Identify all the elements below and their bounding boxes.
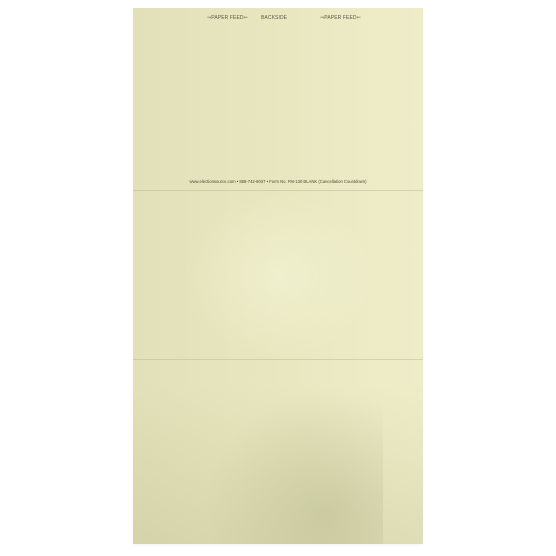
- form-footer-text: www.electionsource.com • 888-742-8037 • …: [133, 179, 423, 184]
- paper-feed-label-left: ⇒PAPER FEED⇐: [207, 15, 248, 21]
- paper-form-card: ⇒PAPER FEED⇐ BACKSIDE ⇒PAPER FEED⇐ www.e…: [133, 8, 423, 544]
- top-labels: ⇒PAPER FEED⇐ BACKSIDE ⇒PAPER FEED⇐: [133, 15, 423, 25]
- backside-label: BACKSIDE: [261, 15, 287, 21]
- lighting-shadow-center: [203, 388, 383, 544]
- perforation-line-upper: [133, 190, 423, 191]
- perforation-line-lower: [133, 359, 423, 360]
- lighting-shadow: [133, 384, 423, 544]
- paper-feed-label-right: ⇒PAPER FEED⇐: [320, 15, 361, 21]
